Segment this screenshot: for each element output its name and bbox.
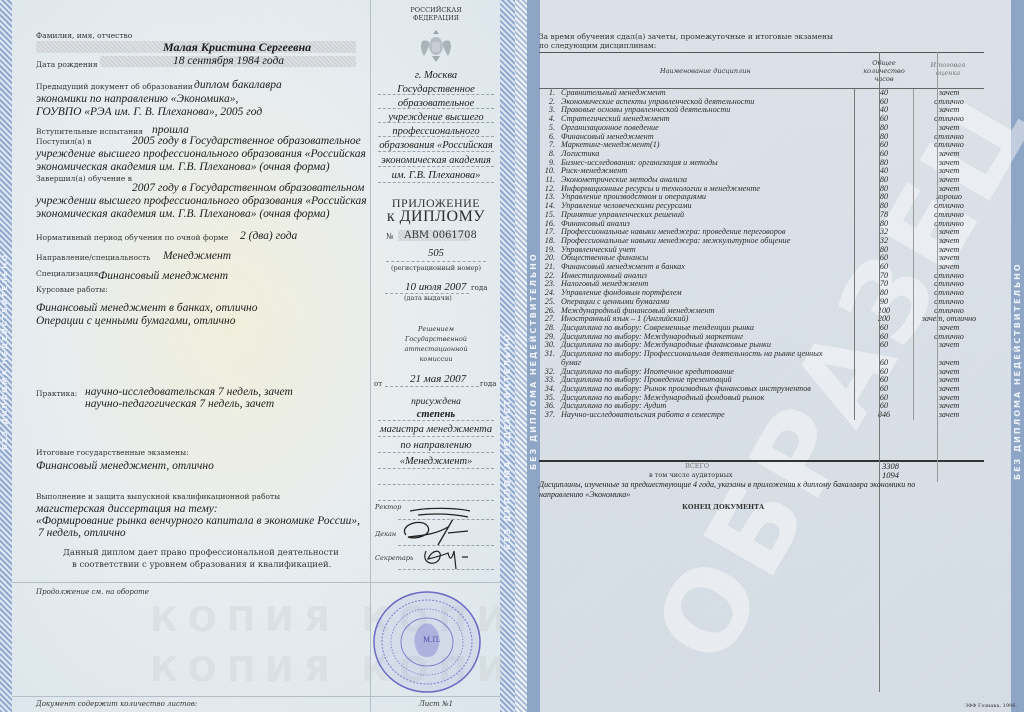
side-strip-text: БЕЗ ДИПЛОМА НЕДЕЙСТВИТЕЛЬНО bbox=[529, 230, 538, 470]
reg-number-label: (регистрационный номер) bbox=[372, 264, 500, 272]
dotted-line bbox=[378, 436, 494, 437]
dotted-line bbox=[386, 261, 486, 262]
thesis-line: «Формирование рынка венчурного капитала … bbox=[36, 515, 360, 527]
discipline-name: Научно-исследовательская работа в семест… bbox=[561, 411, 855, 420]
note-line: Дисциплины, изученные за предшествующие … bbox=[539, 480, 915, 489]
birth-date-value: 18 сентября 1984 года bbox=[173, 55, 284, 67]
stamp-label: М.П. bbox=[423, 636, 441, 644]
col-header-hours: Общее количество часов bbox=[855, 59, 913, 83]
dotted-line bbox=[398, 569, 494, 570]
section-divider bbox=[12, 582, 500, 583]
institution-line: г. Москва bbox=[372, 70, 500, 81]
full-name-value: Малая Кристина Сергеевна bbox=[163, 40, 311, 55]
diploma-supplement-back-page: БЕЗ ДИПЛОМА НЕДЕЙСТВИТЕЛЬНО БЕЗ ДИПЛОМА … bbox=[515, 0, 1024, 712]
decision-prefix: от bbox=[374, 380, 382, 388]
back-left-pattern-border bbox=[515, 0, 527, 712]
col-header-grade: Итоговая оценка bbox=[913, 61, 983, 77]
row-number: 31. bbox=[539, 350, 561, 359]
institution-line: им. Г.В. Плеханова» bbox=[372, 170, 500, 181]
signatures-icon bbox=[398, 505, 494, 575]
practice-line: научно-исследовательская 7 недель, зачет bbox=[85, 386, 293, 398]
completed-line: 2007 году в Государственном образователь… bbox=[132, 182, 364, 194]
dotted-line bbox=[385, 386, 479, 387]
rights-line: в соответствии с уровнем образования и к… bbox=[72, 560, 331, 570]
awarded-label: присуждена bbox=[372, 397, 500, 407]
practice-label: Практика: bbox=[36, 389, 77, 398]
dotted-line bbox=[398, 519, 494, 520]
diploma-supplement-front-page: БЕЗ ДИПЛОМА НЕДЕЙСТВИТЕЛЬНО БЕЗ ДИПЛОМА … bbox=[0, 0, 515, 712]
hours-header-line: Общее bbox=[855, 59, 913, 67]
dotted-line bbox=[378, 182, 494, 183]
institution-line: экономическая академия bbox=[372, 155, 500, 166]
decision-suffix: года bbox=[480, 380, 496, 388]
dotted-line bbox=[378, 166, 494, 167]
hours-cell: 60 bbox=[855, 341, 914, 350]
period-label: Нормативный период обучения по очной фор… bbox=[36, 233, 228, 242]
degree-line: по направлению bbox=[372, 440, 500, 451]
table-row: 31.Дисциплина по выбору: Профессиональна… bbox=[539, 350, 984, 359]
full-name-label: Фамилия, имя, отчество bbox=[36, 31, 132, 40]
discipline-name: Дисциплина по выбору: Профессиональная д… bbox=[561, 350, 855, 359]
dotted-line bbox=[378, 420, 494, 421]
decision-line: комиссии bbox=[372, 355, 500, 363]
dotted-line bbox=[378, 136, 494, 137]
reg-number: 505 bbox=[372, 248, 500, 259]
intro-line: За время обучения сдал(а) зачеты, промеж… bbox=[539, 32, 833, 41]
country-line: ФЕДЕРАЦИЯ bbox=[372, 14, 500, 22]
rights-line: Данный диплом дает право профессионально… bbox=[63, 548, 339, 558]
prev-doc-label: Предыдущий документ об образовании bbox=[36, 82, 193, 91]
direction-label: Направление/специальность bbox=[36, 253, 150, 262]
enrolled-line: 2005 году в Государственное образователь… bbox=[132, 135, 361, 147]
grade-header-line: Итоговая bbox=[913, 61, 983, 69]
grade-header-line: оценка bbox=[913, 69, 983, 77]
hours-column-rule bbox=[879, 52, 880, 692]
institution-line: образования «Российская bbox=[372, 140, 500, 151]
number-prefix: № bbox=[386, 232, 394, 241]
grade-cell: зачет bbox=[914, 341, 985, 350]
enrolled-label: Поступил(а) в bbox=[36, 137, 92, 146]
left-security-border: БЕЗ ДИПЛОМА НЕДЕЙСТВИТЕЛЬНО bbox=[0, 0, 12, 712]
coursework-label: Курсовые работы: bbox=[36, 285, 108, 294]
discipline-name: Маркетинг-менеджмент(1) bbox=[561, 141, 855, 150]
end-of-document: КОНЕЦ ДОКУМЕНТА bbox=[682, 503, 764, 511]
direction-value: Менеджмент bbox=[163, 250, 231, 262]
hours-cell: 846 bbox=[855, 411, 914, 420]
prev-doc-line: ГОУВПО «РЭА им. Г. В. Плеханова», 2005 г… bbox=[36, 106, 262, 118]
dotted-line bbox=[378, 468, 494, 469]
enrolled-line: экономическая академия им. Г.В. Плеханов… bbox=[36, 161, 330, 173]
decision-line: Решением bbox=[372, 325, 500, 333]
country-line: РОССИЙСКАЯ bbox=[372, 6, 500, 14]
decision-line: аттестационной bbox=[372, 345, 500, 353]
coat-of-arms-icon bbox=[418, 26, 454, 66]
side-strip-text-2: БЕЗ ДИПЛОМА НЕДЕЙСТВИТЕЛЬНО bbox=[503, 290, 512, 550]
note-line: направлению «Экономика» bbox=[539, 490, 630, 499]
prev-doc-line: диплом бакалавра bbox=[194, 79, 282, 91]
decision-line: Государственной bbox=[372, 335, 500, 343]
entrance-label: Вступительные испытания bbox=[36, 127, 143, 136]
degree-line: «Менеджмент» bbox=[372, 456, 500, 467]
footer-divider bbox=[12, 696, 500, 697]
diploma-number: АВМ 0061708 bbox=[404, 230, 477, 241]
hours-header-line: количество bbox=[855, 67, 913, 75]
coursework-line: Финансовый менеджмент в банках, отлично bbox=[36, 302, 258, 314]
table-top-rule bbox=[539, 52, 984, 53]
dotted-line bbox=[378, 94, 494, 95]
practice-line: научно-педагогическая 7 недель, зачет bbox=[85, 398, 274, 410]
degree-line: степень bbox=[372, 409, 500, 420]
col-header-discipline: Наименование дисциплин bbox=[660, 67, 751, 75]
issue-date: 10 июля 2007 bbox=[405, 281, 466, 293]
thesis-label: Выполнение и защита выпускной квалификац… bbox=[36, 492, 280, 501]
sheet-label: Лист №1 bbox=[372, 700, 500, 708]
table-total-rule bbox=[539, 460, 984, 462]
intro-line: по следующим дисциплинам: bbox=[539, 41, 656, 50]
table-row: 7.Маркетинг-менеджмент(1)60отлично bbox=[539, 141, 984, 150]
dotted-line bbox=[378, 500, 494, 501]
table-row: 37.Научно-исследовательская работа в сем… bbox=[539, 411, 984, 420]
specialization-label: Специализация bbox=[36, 269, 98, 278]
state-exams-label: Итоговые государственные экзамены: bbox=[36, 448, 189, 457]
decision-date: 21 мая 2007 bbox=[410, 373, 466, 385]
thesis-line: 7 недель, отлично bbox=[38, 527, 126, 539]
hours-header-line: часов bbox=[855, 75, 913, 83]
dotted-line bbox=[378, 122, 494, 123]
dean-label: Декан bbox=[375, 530, 396, 538]
dotted-line bbox=[378, 151, 494, 152]
specialization-value: Финансовый менеджмент bbox=[98, 270, 228, 282]
printer-mark: ЗФФ Гознака. 1996. bbox=[965, 703, 1017, 709]
completed-line: учреждении высшего профессионального обр… bbox=[36, 195, 367, 207]
birth-date-label: Дата рождения bbox=[36, 60, 98, 69]
row-number: 37. bbox=[539, 411, 561, 420]
side-strip-text-2: БЕЗ ДИПЛОМА НЕДЕЙСТВИТЕЛЬНО bbox=[1013, 240, 1022, 480]
coursework-line: Операции с ценными бумагами, отлично bbox=[36, 315, 235, 327]
completed-label: Завершил(а) обучение в bbox=[36, 174, 132, 183]
completed-line: экономическая академия им. Г.В. Плеханов… bbox=[36, 208, 330, 220]
side-strip-text: БЕЗ ДИПЛОМА НЕДЕЙСТВИТЕЛЬНО bbox=[1, 230, 9, 450]
issue-date-suffix: года bbox=[471, 284, 487, 292]
continued-note: Продолжение см. на обороте bbox=[36, 588, 149, 596]
dotted-line bbox=[378, 452, 494, 453]
diploma-title: к ДИПЛОМУ bbox=[372, 208, 500, 226]
state-exams-value: Финансовый менеджмент, отлично bbox=[36, 460, 214, 472]
prev-doc-line: экономики по направлению «Экономика», bbox=[36, 93, 238, 105]
issue-date-label: (дата выдачи) bbox=[404, 294, 452, 302]
period-value: 2 (два) года bbox=[240, 230, 297, 242]
thesis-line: магистерская диссертация на тему: bbox=[36, 503, 218, 515]
sheet-count-label: Документ содержит количество листов: bbox=[36, 700, 197, 708]
enrolled-line: учреждение высшего профессионального обр… bbox=[36, 148, 366, 160]
degree-line: магистра менеджмента bbox=[372, 424, 500, 435]
classroom-hours: 1094 bbox=[882, 470, 899, 480]
total-label: ВСЕГО bbox=[685, 462, 709, 470]
grade-cell: зачет bbox=[914, 411, 985, 420]
dotted-line bbox=[378, 108, 494, 109]
dotted-line bbox=[378, 484, 494, 485]
grade-column-rule bbox=[937, 52, 938, 482]
grades-table: 1.Сравнительный менеджмент40зачет2.Эконо… bbox=[539, 89, 984, 420]
classroom-label: в том числе аудиторных bbox=[649, 471, 733, 479]
dotted-line bbox=[398, 545, 494, 546]
